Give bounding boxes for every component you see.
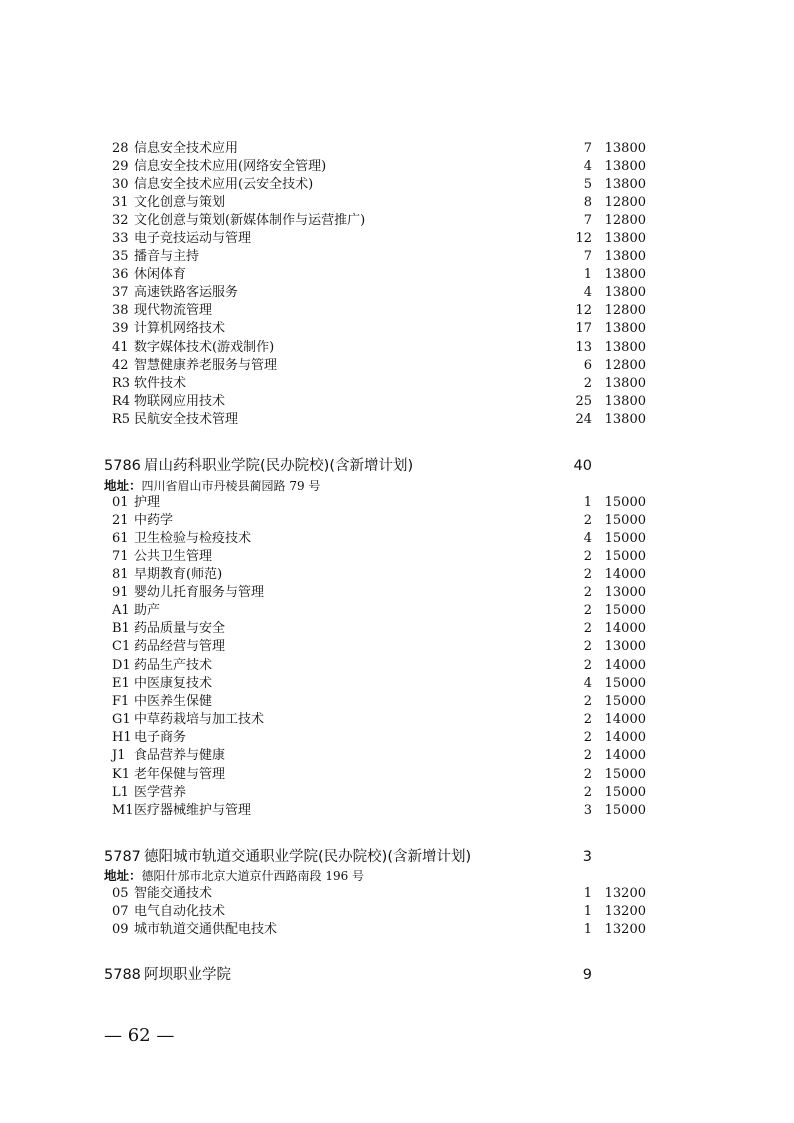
program-fee: 13800 (604, 140, 646, 158)
program-code: H1 (112, 729, 134, 747)
document-page: 28信息安全技术应用713800 29信息安全技术应用(网络安全管理)41380… (0, 0, 794, 1123)
program-row: 37高速铁路客运服务413800 (0, 284, 794, 302)
program-code: 07 (112, 903, 134, 921)
program-count: 2 (560, 766, 592, 784)
program-fee: 14000 (604, 747, 646, 765)
program-row: 33电子竞技运动与管理1213800 (0, 230, 794, 248)
program-count: 1 (560, 494, 592, 512)
program-count: 2 (560, 375, 592, 393)
program-row: 36休闲体育113800 (0, 266, 794, 284)
program-code: 33 (112, 230, 134, 248)
program-fee: 13800 (604, 375, 646, 393)
program-name: 中药学 (134, 512, 173, 530)
program-row: 01护理115000 (0, 494, 794, 512)
program-row: 30信息安全技术应用(云安全技术)513800 (0, 176, 794, 194)
school-address: 地址：四川省眉山市丹棱县蔺园路 79 号 (104, 477, 320, 495)
program-count: 5 (560, 176, 592, 194)
program-fee: 13800 (604, 411, 646, 429)
program-count: 3 (560, 802, 592, 820)
program-row: 05智能交通技术113200 (0, 885, 794, 903)
program-count: 7 (560, 248, 592, 266)
program-fee: 14000 (604, 620, 646, 638)
program-row: 32文化创意与策划(新媒体制作与运营推广)712800 (0, 212, 794, 230)
program-code: 91 (112, 584, 134, 602)
program-name: 电子竞技运动与管理 (134, 230, 251, 248)
program-fee: 15000 (604, 784, 646, 802)
program-count: 2 (560, 729, 592, 747)
program-fee: 13200 (604, 885, 646, 903)
school-header: 5786 眉山药科职业学院(民办院校)(含新增计划) 40 (0, 455, 794, 477)
program-fee: 13800 (604, 176, 646, 194)
address-label: 地址： (104, 478, 142, 493)
program-count: 1 (560, 903, 592, 921)
program-count: 1 (560, 885, 592, 903)
program-code: E1 (112, 675, 134, 693)
program-row: J1食品营养与健康214000 (0, 747, 794, 765)
program-code: M1 (112, 802, 134, 820)
program-code: L1 (112, 784, 134, 802)
school-code: 5786 (104, 455, 141, 477)
program-row: F1中医养生保健215000 (0, 693, 794, 711)
program-name: 现代物流管理 (134, 302, 212, 320)
program-count: 12 (560, 230, 592, 248)
school-address: 地址：德阳什邡市北京大道京什西路南段 196 号 (104, 867, 364, 885)
program-count: 2 (560, 711, 592, 729)
program-name: 药品质量与安全 (134, 620, 225, 638)
program-name: 中医康复技术 (134, 675, 212, 693)
program-name: 高速铁路客运服务 (134, 284, 238, 302)
program-row: B1药品质量与安全214000 (0, 620, 794, 638)
program-name: 物联网应用技术 (134, 393, 225, 411)
program-row: 38现代物流管理1212800 (0, 302, 794, 320)
program-code: 28 (112, 140, 134, 158)
program-fee: 14000 (604, 711, 646, 729)
program-count: 2 (560, 693, 592, 711)
program-fee: 13800 (604, 284, 646, 302)
program-row: L1医学营养215000 (0, 784, 794, 802)
program-fee: 13800 (604, 339, 646, 357)
school-name: 阿坝职业学院 (144, 964, 231, 986)
program-code: 81 (112, 566, 134, 584)
program-count: 17 (560, 320, 592, 338)
program-row: 42智慧健康养老服务与管理612800 (0, 357, 794, 375)
program-name: 电子商务 (134, 729, 186, 747)
program-count: 8 (560, 194, 592, 212)
program-row: 28信息安全技术应用713800 (0, 140, 794, 158)
program-name: 护理 (134, 494, 160, 512)
program-fee: 13200 (604, 921, 646, 939)
program-row: 61卫生检验与检疫技术415000 (0, 530, 794, 548)
address-text: 四川省眉山市丹棱县蔺园路 79 号 (142, 479, 321, 493)
program-code: 61 (112, 530, 134, 548)
program-fee: 12800 (604, 357, 646, 375)
program-code: 21 (112, 512, 134, 530)
school-total: 3 (560, 846, 592, 868)
program-row: 71公共卫生管理215000 (0, 548, 794, 566)
program-name: 药品生产技术 (134, 657, 212, 675)
program-count: 2 (560, 620, 592, 638)
program-code: C1 (112, 638, 134, 656)
program-code: 05 (112, 885, 134, 903)
program-fee: 13200 (604, 903, 646, 921)
program-row: 31文化创意与策划812800 (0, 194, 794, 212)
program-code: F1 (112, 693, 134, 711)
program-row: R5民航安全技术管理2413800 (0, 411, 794, 429)
program-row: 81早期教育(师范)214000 (0, 566, 794, 584)
program-row: G1中草药栽培与加工技术214000 (0, 711, 794, 729)
program-fee: 15000 (604, 766, 646, 784)
program-count: 2 (560, 747, 592, 765)
program-name: 软件技术 (134, 375, 186, 393)
program-code: 71 (112, 548, 134, 566)
program-count: 2 (560, 657, 592, 675)
program-count: 2 (560, 638, 592, 656)
program-fee: 13800 (604, 393, 646, 411)
program-code: 31 (112, 194, 134, 212)
program-fee: 15000 (604, 494, 646, 512)
program-code: 37 (112, 284, 134, 302)
school-header: 5787 德阳城市轨道交通职业学院(民办院校)(含新增计划) 3 (0, 846, 794, 868)
program-row: D1药品生产技术214000 (0, 657, 794, 675)
program-count: 1 (560, 266, 592, 284)
program-name: 卫生检验与检疫技术 (134, 530, 251, 548)
program-name: 食品营养与健康 (134, 747, 225, 765)
program-count: 25 (560, 393, 592, 411)
program-code: J1 (112, 747, 134, 765)
program-row: K1老年保健与管理215000 (0, 766, 794, 784)
program-code: 38 (112, 302, 134, 320)
program-row: 35播音与主持713800 (0, 248, 794, 266)
program-count: 4 (560, 284, 592, 302)
program-fee: 15000 (604, 602, 646, 620)
school-code: 5788 (104, 964, 141, 986)
program-name: 数字媒体技术(游戏制作) (134, 339, 274, 357)
program-name: 婴幼儿托育服务与管理 (134, 584, 264, 602)
program-fee: 15000 (604, 548, 646, 566)
program-count: 7 (560, 140, 592, 158)
program-fee: 13800 (604, 266, 646, 284)
program-name: 医疗器械维护与管理 (134, 802, 251, 820)
program-code: R4 (112, 393, 134, 411)
program-row: 09城市轨道交通供配电技术113200 (0, 921, 794, 939)
program-fee: 15000 (604, 530, 646, 548)
program-count: 7 (560, 212, 592, 230)
program-fee: 14000 (604, 657, 646, 675)
program-code: 36 (112, 266, 134, 284)
program-row: 07电气自动化技术113200 (0, 903, 794, 921)
program-name: 文化创意与策划(新媒体制作与运营推广) (134, 212, 365, 230)
program-count: 2 (560, 548, 592, 566)
program-name: 医学营养 (134, 784, 186, 802)
program-name: 计算机网络技术 (134, 320, 225, 338)
program-count: 2 (560, 602, 592, 620)
program-name: 老年保健与管理 (134, 766, 225, 784)
program-name: 公共卫生管理 (134, 548, 212, 566)
program-row: 21中药学215000 (0, 512, 794, 530)
program-fee: 15000 (604, 693, 646, 711)
address-label: 地址： (104, 868, 142, 883)
program-code: G1 (112, 711, 134, 729)
program-count: 4 (560, 158, 592, 176)
program-fee: 13800 (604, 320, 646, 338)
program-code: 42 (112, 357, 134, 375)
program-count: 2 (560, 566, 592, 584)
program-name: 播音与主持 (134, 248, 199, 266)
program-name: 休闲体育 (134, 266, 186, 284)
program-fee: 13000 (604, 584, 646, 602)
program-code: K1 (112, 766, 134, 784)
program-code: 39 (112, 320, 134, 338)
program-row: 39计算机网络技术1713800 (0, 320, 794, 338)
program-fee: 15000 (604, 675, 646, 693)
program-count: 2 (560, 584, 592, 602)
program-code: 30 (112, 176, 134, 194)
program-row: H1电子商务214000 (0, 729, 794, 747)
program-fee: 14000 (604, 566, 646, 584)
program-name: 药品经营与管理 (134, 638, 225, 656)
program-row: R3软件技术213800 (0, 375, 794, 393)
school-name: 德阳城市轨道交通职业学院(民办院校)(含新增计划) (144, 846, 471, 868)
program-name: 中草药栽培与加工技术 (134, 711, 264, 729)
program-name: 民航安全技术管理 (134, 411, 238, 429)
program-name: 信息安全技术应用(网络安全管理) (134, 158, 326, 176)
program-fee: 13000 (604, 638, 646, 656)
program-name: 城市轨道交通供配电技术 (134, 921, 277, 939)
program-fee: 15000 (604, 802, 646, 820)
program-code: 32 (112, 212, 134, 230)
program-code: 29 (112, 158, 134, 176)
program-row: 91婴幼儿托育服务与管理213000 (0, 584, 794, 602)
program-code: 09 (112, 921, 134, 939)
school-total: 9 (560, 964, 592, 986)
program-row: 41数字媒体技术(游戏制作)1313800 (0, 339, 794, 357)
program-count: 6 (560, 357, 592, 375)
program-code: R3 (112, 375, 134, 393)
school-total: 40 (560, 455, 592, 477)
program-fee: 13800 (604, 230, 646, 248)
program-row: E1中医康复技术415000 (0, 675, 794, 693)
program-code: 41 (112, 339, 134, 357)
page-number: — 62 — (104, 1024, 174, 1048)
program-fee: 12800 (604, 212, 646, 230)
program-code: 35 (112, 248, 134, 266)
address-text: 德阳什邡市北京大道京什西路南段 196 号 (142, 869, 365, 883)
program-count: 1 (560, 921, 592, 939)
program-row: A1助产215000 (0, 602, 794, 620)
program-name: 中医养生保健 (134, 693, 212, 711)
program-code: D1 (112, 657, 134, 675)
program-count: 4 (560, 530, 592, 548)
program-count: 13 (560, 339, 592, 357)
program-row: 29信息安全技术应用(网络安全管理)413800 (0, 158, 794, 176)
program-name: 早期教育(师范) (134, 566, 222, 584)
program-fee: 13800 (604, 248, 646, 266)
program-name: 信息安全技术应用 (134, 140, 238, 158)
program-count: 2 (560, 512, 592, 530)
program-row: C1药品经营与管理213000 (0, 638, 794, 656)
program-name: 文化创意与策划 (134, 194, 225, 212)
program-code: B1 (112, 620, 134, 638)
program-fee: 12800 (604, 302, 646, 320)
program-name: 智能交通技术 (134, 885, 212, 903)
school-name: 眉山药科职业学院(民办院校)(含新增计划) (144, 455, 413, 477)
program-count: 2 (560, 784, 592, 802)
program-fee: 15000 (604, 512, 646, 530)
program-count: 4 (560, 675, 592, 693)
program-fee: 12800 (604, 194, 646, 212)
school-header: 5788 阿坝职业学院 9 (0, 964, 794, 986)
program-name: 智慧健康养老服务与管理 (134, 357, 277, 375)
program-count: 12 (560, 302, 592, 320)
program-code: R5 (112, 411, 134, 429)
program-code: 01 (112, 494, 134, 512)
program-fee: 14000 (604, 729, 646, 747)
program-name: 电气自动化技术 (134, 903, 225, 921)
program-code: A1 (112, 602, 134, 620)
school-code: 5787 (104, 846, 141, 868)
program-row: M1医疗器械维护与管理315000 (0, 802, 794, 820)
program-count: 24 (560, 411, 592, 429)
program-fee: 13800 (604, 158, 646, 176)
program-name: 信息安全技术应用(云安全技术) (134, 176, 313, 194)
program-name: 助产 (134, 602, 160, 620)
program-row: R4物联网应用技术2513800 (0, 393, 794, 411)
